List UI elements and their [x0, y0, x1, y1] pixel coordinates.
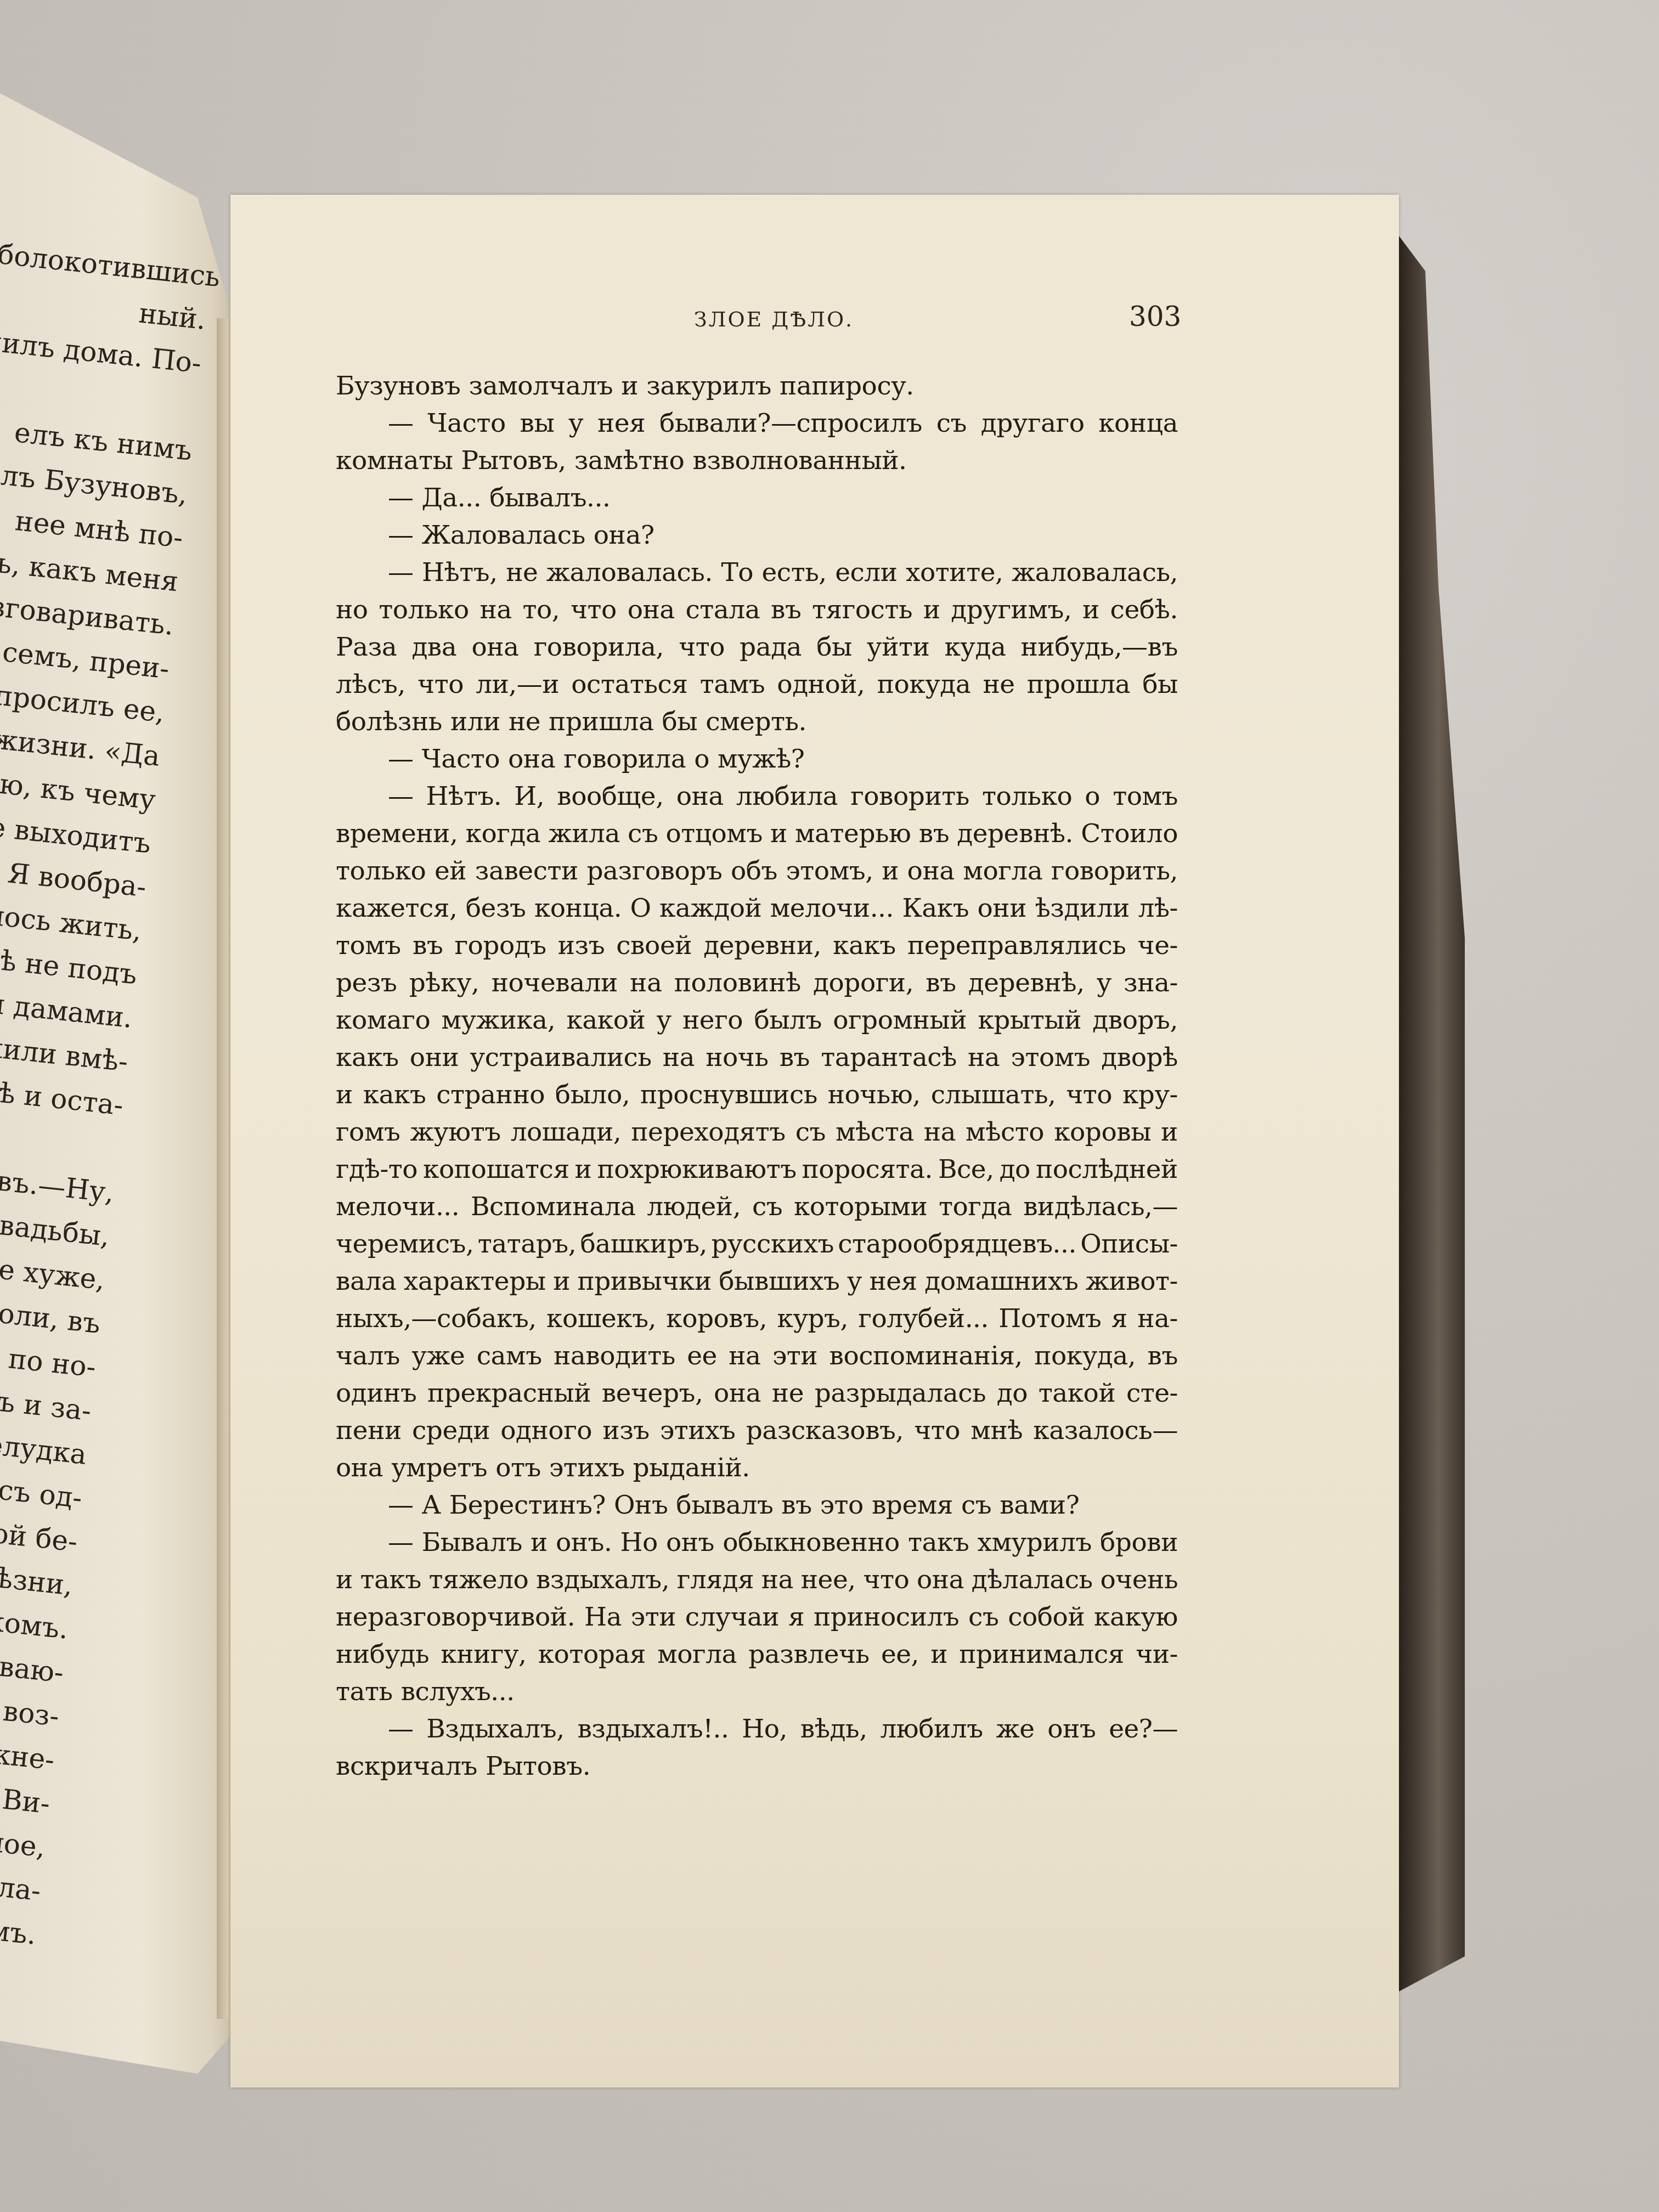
- word: въ: [919, 815, 949, 853]
- word: томъ: [336, 927, 401, 964]
- word: какъ: [833, 927, 896, 964]
- word: могла: [657, 1636, 737, 1673]
- word: глядя: [677, 1561, 754, 1599]
- text-line: —Частоонаговорилаомужѣ?: [336, 741, 1178, 778]
- word: и: [1082, 591, 1099, 629]
- word: другимъ,: [951, 591, 1071, 629]
- text-line: томъвъгородъизъсвоейдеревни,какъпереправ…: [336, 927, 1178, 964]
- word: такой: [1039, 1375, 1116, 1412]
- word: безъ: [466, 890, 526, 927]
- word: нея: [869, 1263, 917, 1300]
- word: закурилъ: [646, 368, 771, 405]
- word: мѣста: [836, 1114, 914, 1151]
- word: ее,: [881, 1636, 919, 1673]
- word: эти: [772, 1338, 817, 1375]
- word: Рытовъ.: [486, 1748, 590, 1785]
- word: вслухъ...: [401, 1673, 515, 1711]
- word: Да...: [422, 479, 482, 517]
- word: говорить: [850, 778, 969, 815]
- word: Описы-: [1080, 1226, 1178, 1263]
- word: покуда,: [1034, 1338, 1136, 1375]
- word: Потомъ: [998, 1300, 1101, 1338]
- word: Какъ: [902, 890, 969, 927]
- word: вздыхалъ!..: [577, 1711, 729, 1748]
- word: О: [630, 890, 651, 927]
- word: людей,: [647, 1188, 741, 1226]
- word: ѣздили: [1035, 890, 1129, 927]
- word: жуютъ: [410, 1114, 500, 1151]
- word: проснувшись: [640, 1076, 817, 1114]
- word: Берестинъ?: [449, 1487, 606, 1524]
- word: лѣ-: [1138, 890, 1178, 927]
- word: какъ: [336, 1039, 399, 1076]
- word: —: [388, 778, 414, 815]
- word: деревнѣ.: [957, 815, 1073, 853]
- text-line: чалъужесамънаводитьеенаэтивоспоминанія,п…: [336, 1338, 1178, 1375]
- word: и: [575, 1151, 592, 1188]
- word: куръ,: [777, 1300, 848, 1338]
- word: То: [721, 554, 753, 591]
- word: мѣсто: [966, 1114, 1044, 1151]
- word: нея: [597, 405, 645, 442]
- word: рѣку,: [409, 964, 479, 1002]
- word: слышать,: [931, 1076, 1056, 1114]
- text-line: комнатыРытовъ,замѣтновзволнованный.: [336, 442, 1178, 479]
- word: Вздыхалъ,: [426, 1711, 564, 1748]
- word: татаръ,: [478, 1226, 576, 1263]
- word: ныхъ,—собакъ,: [336, 1300, 537, 1338]
- word: —: [388, 517, 414, 554]
- word: Часто: [422, 741, 500, 778]
- word: она?: [594, 517, 654, 554]
- word: если: [835, 554, 897, 591]
- text-line: —АБерестинъ?Онъбывалъвъэтовремясъвами?: [336, 1487, 1178, 1524]
- word: обыкновенно: [723, 1524, 900, 1561]
- word: кажется,: [336, 890, 457, 927]
- word: что: [914, 1412, 960, 1449]
- word: жаловалась,: [1012, 554, 1178, 591]
- word: и: [621, 368, 638, 405]
- word: воспоминанія,: [829, 1338, 1022, 1375]
- word: конца: [1098, 405, 1178, 442]
- word: матерью: [795, 815, 911, 853]
- page-body-text: Бузуновъзамолчалъизакурилъпапиросу.—Част…: [336, 368, 1178, 1785]
- word: Часто: [427, 405, 505, 442]
- word: прекрасный: [427, 1375, 591, 1412]
- word: разрыдалась: [815, 1375, 986, 1412]
- word: очень: [1100, 1561, 1178, 1599]
- word: умретъ: [391, 1449, 487, 1487]
- word: время: [872, 1487, 953, 1524]
- word: на: [968, 1039, 1000, 1076]
- word: она: [714, 1375, 761, 1412]
- text-line: пенисредиодногоизъэтихъразсказовъ,чтомнѣ…: [336, 1412, 1178, 1449]
- word: домашнихъ: [924, 1263, 1078, 1300]
- word: остаться: [571, 666, 687, 703]
- word: хотите,: [906, 554, 1003, 591]
- text-line: нибудькнигу,котораямогларазвлечьее,иприн…: [336, 1636, 1178, 1673]
- word: о: [694, 741, 709, 778]
- word: жаловалась.: [546, 554, 713, 591]
- word: ей: [435, 853, 466, 890]
- word: похрюкиваютъ: [597, 1151, 796, 1188]
- word: другаго: [981, 405, 1085, 442]
- word: —: [388, 479, 414, 517]
- word: вечеръ,: [602, 1375, 703, 1412]
- word: въ: [771, 591, 801, 629]
- word: онъ.: [556, 1524, 612, 1561]
- word: и: [1161, 1114, 1178, 1151]
- text-line: кажется,безъконца.Окаждоймелочи...Какъон…: [336, 890, 1178, 927]
- word: отъ: [495, 1449, 541, 1487]
- word: тягость: [812, 591, 912, 629]
- word: кошекъ,: [546, 1300, 656, 1338]
- word: на: [924, 1114, 956, 1151]
- word: гомъ: [336, 1114, 400, 1151]
- word: половинѣ: [674, 964, 801, 1002]
- word: одного: [500, 1412, 592, 1449]
- word: не: [772, 1375, 804, 1412]
- word: ночью,: [828, 1076, 921, 1114]
- word: но: [336, 591, 368, 629]
- word: и: [553, 1263, 570, 1300]
- word: могла: [963, 853, 1042, 890]
- word: она: [917, 1561, 964, 1599]
- word: на-: [1137, 1300, 1178, 1338]
- word: уйти: [867, 629, 929, 666]
- word: вала: [336, 1263, 396, 1300]
- word: И,: [514, 778, 544, 815]
- word: и: [882, 853, 899, 890]
- word: и: [770, 815, 787, 853]
- word: конца.: [534, 890, 622, 927]
- word: бы: [1142, 666, 1178, 703]
- word: своей: [616, 927, 692, 964]
- word: они: [410, 1039, 459, 1076]
- text-line: —Бывалъионъ.Ноонъобыкновеннотакъхмурилъб…: [336, 1524, 1178, 1561]
- word: резъ: [336, 964, 397, 1002]
- word: бы: [662, 703, 697, 741]
- word: Жаловалась: [422, 517, 585, 554]
- word: рада: [740, 629, 802, 666]
- word: болѣзнь: [336, 703, 442, 741]
- text-line: икакъстраннобыло,проснувшисьночью,слышат…: [336, 1076, 1178, 1114]
- text-line: мелочи...Вспоминалалюдей,съкоторымитогда…: [336, 1188, 1178, 1226]
- word: —: [388, 554, 414, 591]
- text-line: —Частовыунеябывали?—спросилъсъдругагокон…: [336, 405, 1178, 442]
- word: одной,: [777, 666, 865, 703]
- text-line: толькоейзавестиразговоръобъэтомъ,ионамог…: [336, 853, 1178, 890]
- text-line: болѣзньилинепришлабысмерть.: [336, 703, 1178, 741]
- word: что: [679, 629, 725, 666]
- word: комаго: [336, 1002, 430, 1039]
- word: Раза: [336, 629, 397, 666]
- word: только: [982, 778, 1072, 815]
- word: куда: [944, 629, 1006, 666]
- word: вообще,: [557, 778, 663, 815]
- word: поросята.: [802, 1151, 933, 1188]
- word: любилъ: [880, 1711, 983, 1748]
- text-line: комагомужика,какойунегобылъогромныйкрыты…: [336, 1002, 1178, 1039]
- word: она: [471, 629, 518, 666]
- word: жила: [548, 815, 619, 853]
- word: Нѣтъ,: [422, 554, 498, 591]
- word: неразговорчивой.: [336, 1599, 575, 1636]
- page-number: 303: [1129, 301, 1181, 332]
- word: старообрядцевъ...: [838, 1226, 1076, 1263]
- word: говорила,: [534, 629, 664, 666]
- word: она: [676, 778, 724, 815]
- word: и: [336, 1561, 353, 1599]
- word: бывали?—спросилъ: [659, 405, 922, 442]
- word: любила: [736, 778, 838, 815]
- word: времени,: [336, 815, 458, 853]
- word: онъ: [666, 1524, 714, 1561]
- word: какъ: [363, 1076, 426, 1114]
- word: есть,: [762, 554, 827, 591]
- word: она: [907, 853, 955, 890]
- word: такъ: [908, 1524, 969, 1561]
- word: томъ: [1113, 778, 1178, 815]
- word: среди: [412, 1412, 490, 1449]
- word: и: [930, 1636, 947, 1673]
- word: русскихъ: [711, 1226, 834, 1263]
- text-line: нотольконато,чтоонасталавътягостьидругим…: [336, 591, 1178, 629]
- word: говорила: [563, 741, 686, 778]
- word: пени: [336, 1412, 402, 1449]
- word: не: [506, 554, 538, 591]
- word: съ: [961, 1487, 991, 1524]
- word: что: [863, 1561, 909, 1599]
- word: него: [682, 1002, 743, 1039]
- word: случаи: [685, 1599, 779, 1636]
- word: на: [479, 591, 511, 629]
- word: въ: [780, 1039, 810, 1076]
- word: завести: [475, 853, 578, 890]
- word: я: [788, 1599, 804, 1636]
- word: лѣсъ,: [336, 666, 405, 703]
- word: послѣдней: [1036, 1151, 1178, 1188]
- word: она: [628, 591, 675, 629]
- word: странно: [436, 1076, 545, 1114]
- word: былъ: [754, 1002, 821, 1039]
- text-line: резърѣку,ночевалинаполовинѣдороги,въдере…: [336, 964, 1178, 1002]
- word: разсказовъ,: [746, 1412, 904, 1449]
- book-cover-edge: [1399, 236, 1465, 1991]
- word: она: [336, 1449, 383, 1487]
- word: деревни,: [703, 927, 821, 964]
- word: замолчалъ: [469, 368, 613, 405]
- word: собой: [1008, 1599, 1085, 1636]
- text-line: гдѣ-токопошатсяипохрюкиваютъпоросята.Все…: [336, 1151, 1178, 1188]
- word: гдѣ-то: [336, 1151, 417, 1188]
- text-line: татьвслухъ...: [336, 1673, 1178, 1711]
- word: на: [630, 964, 662, 1002]
- word: нибудь: [336, 1636, 429, 1673]
- word: съ: [936, 405, 967, 442]
- text-line: какъониустраивалисьнаночьвътарантасѣнаэт…: [336, 1039, 1178, 1076]
- word: А: [422, 1487, 441, 1524]
- word: мужика,: [441, 1002, 555, 1039]
- text-line: времени,когдажиласъотцомъиматерьювъдерев…: [336, 815, 1178, 853]
- word: у: [568, 405, 583, 442]
- word: два: [411, 629, 456, 666]
- word: наводить: [554, 1338, 675, 1375]
- word: Вспоминала: [471, 1188, 636, 1226]
- word: въ: [926, 964, 956, 1002]
- left-page-text: оболокотившисьный.нилъ дома. По- елъ къ …: [0, 230, 213, 1957]
- running-head: ЗЛОЕ ДѢЛО.: [694, 307, 854, 331]
- word: черемисъ,: [336, 1226, 473, 1263]
- word: мелочи...: [770, 890, 894, 927]
- word: зна-: [1124, 964, 1178, 1002]
- text-line: —Да...бывалъ...: [336, 479, 1178, 517]
- word: тать: [336, 1673, 393, 1711]
- text-line: валахарактерыипривычкибывшихъунеядомашни…: [336, 1263, 1178, 1300]
- word: это: [820, 1487, 864, 1524]
- text-line: Бузуновъзамолчалъизакурилъпапиросу.: [336, 368, 1178, 405]
- word: то,: [523, 591, 560, 629]
- word: характеры: [404, 1263, 546, 1300]
- word: комнаты: [336, 442, 453, 479]
- text-line: —Вздыхалъ,вздыхалъ!..Но,вѣдь,любилъжеонъ…: [336, 1711, 1178, 1748]
- word: сте-: [1126, 1375, 1178, 1412]
- word: говорить,: [1051, 853, 1178, 890]
- word: тяжело: [428, 1561, 528, 1599]
- text-line: ныхъ,—собакъ,кошекъ,коровъ,куръ,голубей.…: [336, 1300, 1178, 1338]
- word: переходятъ: [631, 1114, 785, 1151]
- word: Бывалъ: [422, 1524, 522, 1561]
- word: вздыхалъ,: [536, 1561, 669, 1599]
- word: уже: [411, 1338, 465, 1375]
- word: приносилъ: [814, 1599, 959, 1636]
- word: Онъ: [614, 1487, 668, 1524]
- word: себѣ.: [1110, 591, 1178, 629]
- word: —: [388, 405, 414, 442]
- word: видѣлась,—: [1023, 1188, 1178, 1226]
- word: Нѣтъ.: [426, 778, 502, 815]
- text-line: неразговорчивой.Наэтислучаияприносилъсъс…: [336, 1599, 1178, 1636]
- word: когда: [466, 815, 541, 853]
- word: вскричалъ: [336, 1748, 477, 1785]
- word: прошла: [1027, 666, 1130, 703]
- word: этихъ: [549, 1449, 625, 1487]
- word: только: [336, 853, 426, 890]
- word: изъ: [602, 1412, 649, 1449]
- word: нее,: [801, 1561, 856, 1599]
- text-line: онаумретъотъэтихърыданій.: [336, 1449, 1178, 1487]
- word: дворѣ: [1101, 1039, 1178, 1076]
- word: переправлялись: [907, 927, 1126, 964]
- text-line: лѣсъ,чтоли,—иостатьсятамъодной,покуданеп…: [336, 666, 1178, 703]
- word: Стоило: [1081, 815, 1178, 853]
- word: мнѣ: [970, 1412, 1023, 1449]
- text-line: одинъпрекрасныйвечеръ,онанеразрыдаласьдо…: [336, 1375, 1178, 1412]
- word: бывалъ...: [489, 479, 610, 517]
- word: коровъ,: [666, 1300, 767, 1338]
- word: на: [663, 1039, 695, 1076]
- word: тогда: [939, 1188, 1012, 1226]
- text-line: Разадваонаговорила,чторадабыуйтикуданибу…: [336, 629, 1178, 666]
- word: въ: [781, 1487, 811, 1524]
- word: было,: [555, 1076, 630, 1114]
- word: которыми: [794, 1188, 927, 1226]
- word: вѣдь,: [800, 1711, 867, 1748]
- word: я: [1111, 1300, 1127, 1338]
- word: какой: [566, 1002, 645, 1039]
- word: этомъ,: [786, 853, 873, 890]
- word: съ: [628, 815, 658, 853]
- word: ночь: [706, 1039, 768, 1076]
- word: Бузуновъ: [336, 368, 460, 405]
- word: объ: [731, 853, 777, 890]
- word: у: [1097, 964, 1111, 1002]
- word: копошатся: [423, 1151, 569, 1188]
- text-line: черемисъ,татаръ,башкиръ,русскихъстарообр…: [336, 1226, 1178, 1263]
- word: и: [923, 591, 940, 629]
- text-line: —Нѣтъ.И,вообще,оналюбилаговоритьтолькоот…: [336, 778, 1178, 815]
- word: Все,: [938, 1151, 994, 1188]
- word: бывшихъ: [719, 1263, 839, 1300]
- word: дѣлалась: [972, 1561, 1093, 1599]
- word: тамъ: [700, 666, 765, 703]
- word: На: [584, 1599, 622, 1636]
- text-line: итакътяжеловздыхалъ,глядянанее,чтоонадѣл…: [336, 1561, 1178, 1599]
- word: чалъ: [336, 1338, 400, 1375]
- word: у: [657, 1002, 672, 1039]
- word: рыданій.: [633, 1449, 750, 1487]
- word: съ: [968, 1599, 998, 1636]
- word: казалось—: [1033, 1412, 1178, 1449]
- word: вами?: [1000, 1487, 1079, 1524]
- word: взволнованный.: [692, 442, 906, 479]
- word: книгу,: [441, 1636, 526, 1673]
- word: —: [388, 1487, 414, 1524]
- word: вы: [520, 405, 554, 442]
- word: этомъ: [1011, 1039, 1091, 1076]
- text-line: вскричалъРытовъ.: [336, 1748, 1178, 1785]
- word: до: [1000, 1151, 1030, 1188]
- word: огромный: [833, 1002, 967, 1039]
- word: кру-: [1122, 1076, 1178, 1114]
- word: —: [388, 1711, 414, 1748]
- word: мелочи...: [336, 1188, 459, 1226]
- word: ее: [687, 1338, 717, 1375]
- word: одинъ: [336, 1375, 416, 1412]
- word: и: [531, 1524, 548, 1561]
- word: они: [978, 890, 1026, 927]
- word: бы: [816, 629, 852, 666]
- word: разговоръ: [586, 853, 722, 890]
- word: ночевали: [492, 964, 618, 1002]
- word: такъ: [360, 1561, 421, 1599]
- word: каждой: [659, 890, 761, 927]
- word: башкиръ,: [580, 1226, 707, 1263]
- word: замѣтно: [574, 442, 685, 479]
- word: и: [336, 1076, 353, 1114]
- word: не: [509, 703, 540, 741]
- word: о: [1085, 778, 1100, 815]
- word: на: [761, 1561, 793, 1599]
- word: голубей...: [858, 1300, 989, 1338]
- word: че-: [1138, 927, 1178, 964]
- word: только: [379, 591, 469, 629]
- word: отцомъ: [666, 815, 763, 853]
- word: не: [983, 666, 1014, 703]
- word: онъ: [1047, 1711, 1096, 1748]
- word: до: [997, 1375, 1028, 1412]
- word: дороги,: [813, 964, 913, 1002]
